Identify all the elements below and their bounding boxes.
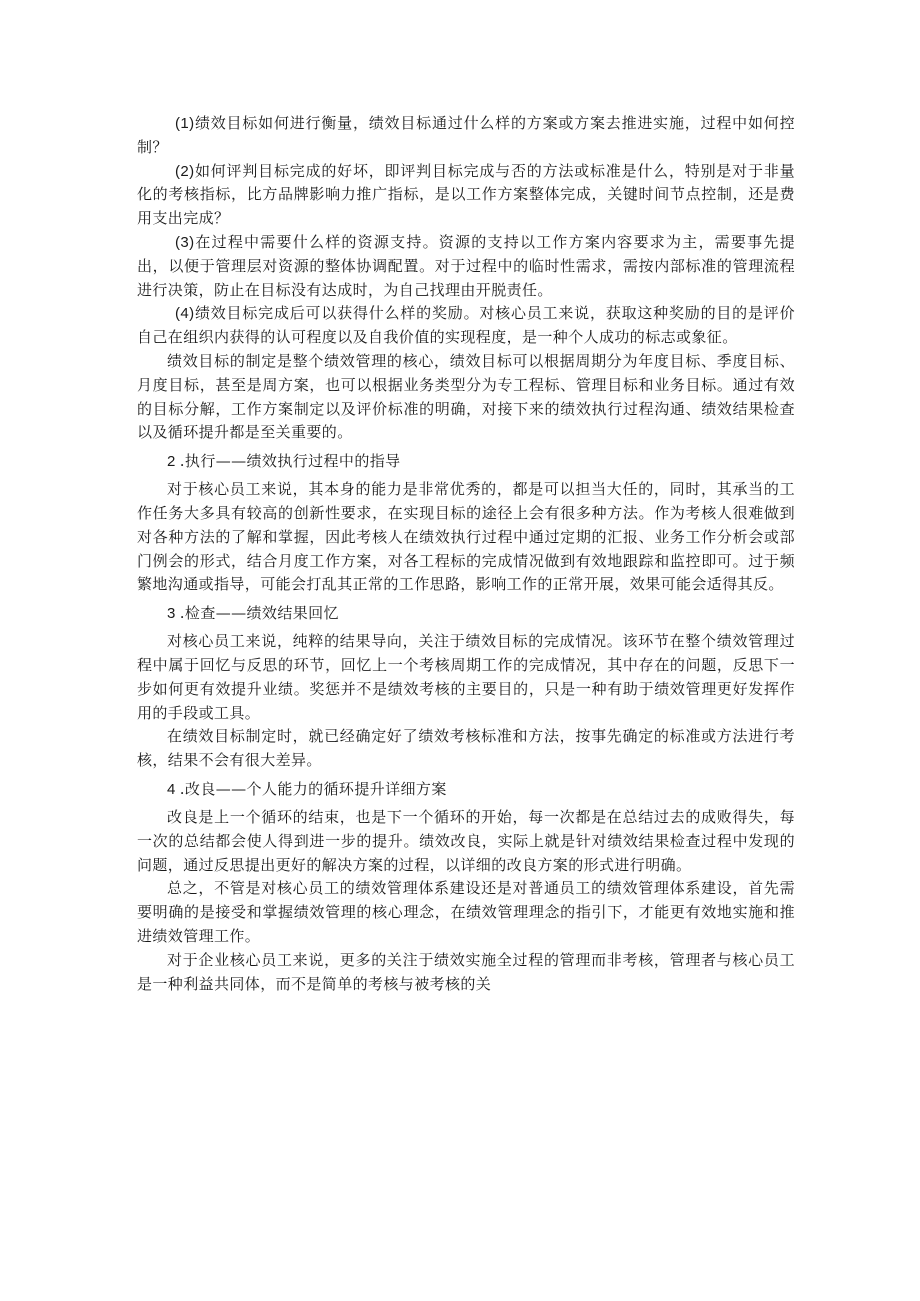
heading-text: .检查——绩效结果回忆 [180,604,339,622]
list-item-1: (1)绩效目标如何进行衡量，绩效目标通过什么样的方案或方案去推进实施，过程中如何… [137,112,795,160]
document-page: (1)绩效目标如何进行衡量，绩效目标通过什么样的方案或方案去推进实施，过程中如何… [137,112,795,996]
heading-number: 3 [167,605,176,622]
list-item-4: (4)绩效目标完成后可以获得什么样的奖励。对核心员工来说，获取这种奖励的目的是评… [137,302,795,350]
paragraph-review: 对核心员工来说，纯粹的结果导向，关注于绩效目标的完成情况。该环节在整个绩效管理过… [137,630,795,725]
heading-number: 4 [167,781,176,798]
section-heading-2: 2.执行——绩效执行过程中的指导 [137,449,795,474]
item-text: 如何评判目标完成的好坏，即评判目标完成与否的方法或标准是什么，特别是对于非量化的… [137,162,795,228]
paragraph-execution: 对于核心员工来说，其本身的能力是非常优秀的，都是可以担当大任的，同时，其承当的工… [137,478,795,597]
item-number: (4) [175,305,195,322]
item-text: 绩效目标完成后可以获得什么样的奖励。对核心员工来说，获取这种奖励的目的是评价自己… [137,304,795,346]
heading-text: .执行——绩效执行过程中的指导 [180,452,401,470]
paragraph-summary: 总之，不管是对核心员工的绩效管理体系建设还是对普通员工的绩效管理体系建设，首先需… [137,877,795,948]
paragraph-goal-setting: 绩效目标的制定是整个绩效管理的核心，绩效目标可以根据周期分为年度目标、季度目标、… [137,350,795,445]
item-text: 在过程中需要什么样的资源支持。资源的支持以工作方案内容要求为主，需要事先提出，以… [137,233,795,299]
section-heading-4: 4.改良——个人能力的循环提升详细方案 [137,777,795,802]
list-item-2: (2)如何评判目标完成的好坏，即评判目标完成与否的方法或标准是什么，特别是对于非… [137,160,795,231]
paragraph-standards: 在绩效目标制定时，就已经确定好了绩效考核标准和方法，按事先确定的标准或方法进行考… [137,725,795,773]
heading-text: .改良——个人能力的循环提升详细方案 [180,780,447,798]
item-number: (3) [175,234,195,251]
list-item-3: (3)在过程中需要什么样的资源支持。资源的支持以工作方案内容要求为主，需要事先提… [137,231,795,302]
item-number: (2) [175,163,195,180]
paragraph-closing: 对于企业核心员工来说，更多的关注于绩效实施全过程的管理而非考核，管理者与核心员工… [137,949,795,997]
section-heading-3: 3.检查——绩效结果回忆 [137,601,795,626]
heading-number: 2 [167,453,176,470]
item-number: (1) [175,115,195,132]
item-text: 绩效目标如何进行衡量，绩效目标通过什么样的方案或方案去推进实施，过程中如何控制？ [137,114,795,156]
paragraph-improvement: 改良是上一个循环的结束，也是下一个循环的开始，每一次都是在总结过去的成败得失，每… [137,806,795,877]
